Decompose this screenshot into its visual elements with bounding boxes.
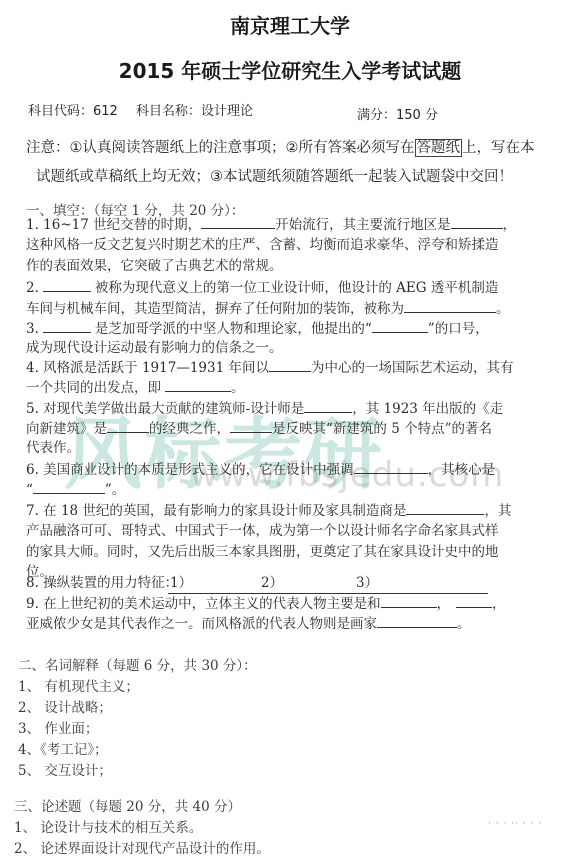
text: 向新建筑》是 — [26, 421, 107, 437]
text: 是芝加哥学派的中坚人物和理论家，他提出的“ — [95, 321, 372, 337]
answer-blank — [107, 418, 149, 433]
question-6-line-1: 6. 美国商业设计的本质是形式主义的，它在设计中强调，其核心是 — [26, 459, 495, 481]
text: ”的口号， — [428, 321, 489, 337]
answer-blank — [451, 214, 503, 229]
question-2-line-2: 车间与机械车间，其造型简洁，摒弃了任何附加的装饰，被称为。 — [26, 298, 510, 320]
text: 2. — [26, 280, 39, 296]
answer-blank — [269, 357, 311, 372]
term-item: 2、 设计战略； — [18, 696, 112, 716]
subject-name: 科目名称：设计理论 — [136, 100, 253, 119]
q8-part-1: 1） — [170, 573, 192, 594]
text: 5. 对现代美学做出最大贡献的建筑师-设计师是 — [26, 401, 304, 417]
question-1-line-2: 这种风格一反文艺复兴时期艺术的庄严、含蓄、均衡而追求豪华、浮夸和矫揉造 — [26, 235, 499, 256]
answer-blank — [354, 459, 428, 474]
text: 的经典之作， — [149, 421, 230, 437]
text: ， — [503, 217, 517, 233]
answer-sheet-boxed: 答题纸 — [415, 139, 463, 157]
term-item: 4、《考工记》； — [18, 738, 108, 758]
full-score: 满分：150 分 — [357, 104, 438, 123]
text: 7. 在 18 世纪的英国，最有影响力的家具设计师及家具制造商是 — [26, 503, 406, 519]
answer-blank — [201, 214, 275, 229]
section-2-heading: 二、名词解释（每题 6 分，共 30 分）： — [18, 654, 257, 674]
text: 1. 16~17 世纪交替的时期， — [26, 217, 201, 233]
notice-text: 上，写在本 — [462, 140, 535, 156]
text: ， — [437, 596, 451, 612]
exam-page: 南京理工大学 2015 年硕士学位研究生入学考试试题 科目代码：612 科目名称… — [0, 0, 580, 861]
question-3-line-1: 3.是芝加哥学派的中坚人物和理论家，他提出的“”的口号， — [26, 318, 489, 340]
answer-blank — [43, 318, 91, 333]
question-7-line-2: 产品融洛可可、哥特式、中国式于一体，成为第一个以设计师名字命名家具式样 — [26, 521, 499, 542]
text: 9. 在上世纪初的美术运动中，立体主义的代表人物主要是和 — [26, 596, 381, 612]
notice-line-2: 试题纸或草稿纸上均无效；③本试题纸须随答题纸一起装入试题袋中交回！ — [36, 165, 513, 186]
question-5-line-3: 代表作。 — [26, 438, 80, 459]
text: 。 — [231, 380, 245, 396]
notice-text: 注意：①认真阅读答题纸上的注意事项；②所有答案必须写在 — [26, 140, 415, 156]
question-7-line-1: 7. 在 18 世纪的英国，最有影响力的家具设计师及家具制造商是，其 — [26, 500, 511, 522]
question-9-line-1: 9. 在上世纪初的美术运动中，立体主义的代表人物主要是和，， — [26, 593, 506, 615]
text: ，其 1923 年出版的《走 — [352, 401, 503, 417]
text: 是反映其“新建筑的 5 个特点”的著名 — [272, 421, 492, 437]
text: ，其核心是 — [428, 462, 496, 478]
term-item: 5、 交互设计； — [18, 759, 112, 779]
question-1-line-1: 1. 16~17 世纪交替的时期，开始流行，其主要流行地区是， — [26, 214, 516, 236]
text: 6. 美国商业设计的本质是形式主义的，它在设计中强调 — [26, 462, 354, 478]
q8-part-2: 2） — [261, 573, 283, 594]
question-9-line-2: 亚威侬少女是其代表作之一。而风格派的代表人物则是画家。 — [26, 613, 471, 635]
text: 被称为现代意义上的第一位工业设计师，他设计的 AEG 透平机制造 — [95, 280, 498, 296]
answer-blank — [456, 593, 492, 608]
text: ，其 — [484, 503, 511, 519]
question-5-line-2: 向新建筑》是的经典之作，是反映其“新建筑的 5 个特点”的著名 — [26, 418, 492, 440]
answer-blank — [165, 377, 231, 392]
essay-item: 1、 论设计与技术的相互关系。 — [14, 816, 202, 836]
question-8: 8. 操纵装置的用力特征： — [26, 573, 178, 594]
question-5-line-1: 5. 对现代美学做出最大贡献的建筑师-设计师是，其 1923 年出版的《走 — [26, 398, 503, 420]
text: “ — [26, 482, 33, 498]
text: ”。 — [105, 482, 125, 498]
university-name: 南京理工大学 — [0, 10, 580, 39]
question-4-line-2: 一个共同的出发点，即。 — [26, 377, 245, 399]
scan-speck: · · · ·· · · · — [488, 819, 542, 829]
answer-blank — [406, 500, 484, 515]
answer-blank — [377, 613, 457, 628]
term-item: 1、 有机现代主义； — [18, 675, 139, 695]
text: 。 — [457, 616, 471, 632]
section-3-heading: 三、论述题（每题 20 分，共 40 分） — [14, 795, 241, 815]
question-4-line-1: 4. 风格派是活跃于 1917—1931 年间以为中心的一场国际艺术运动，其有 — [26, 357, 513, 379]
answer-blank — [43, 277, 91, 292]
answer-blank — [381, 593, 437, 608]
text: 3. — [26, 321, 39, 337]
text: 开始流行，其主要流行地区是 — [275, 217, 451, 233]
q8-part-3: 3） — [356, 573, 378, 594]
text: 亚威侬少女是其代表作之一。而风格派的代表人物则是画家 — [26, 616, 377, 632]
text: 为中心的一场国际艺术运动，其有 — [311, 360, 514, 376]
text: ， — [492, 596, 506, 612]
question-1-line-3: 作的表面效果，它突破了古典艺术的常规。 — [26, 256, 283, 277]
text: 一个共同的出发点，即 — [26, 380, 161, 396]
subject-code: 科目代码：612 — [28, 100, 118, 119]
term-item: 3、 作业面； — [18, 717, 98, 737]
exam-title: 2015 年硕士学位研究生入学考试试题 — [0, 55, 580, 84]
text: 。 — [496, 301, 510, 317]
question-3-line-2: 成为现代设计运动最有影响力的信条之一。 — [26, 338, 283, 359]
notice-line-1: 注意：①认真阅读答题纸上的注意事项；②所有答案必须写在答题纸上，写在本 — [26, 136, 535, 157]
answer-blank — [33, 479, 105, 494]
answer-blank — [230, 418, 272, 433]
text: 车间与机械车间，其造型简洁，摒弃了任何附加的装饰，被称为 — [26, 301, 404, 317]
text: 8. 操纵装置的用力特征： — [26, 575, 178, 591]
question-6-line-2: “”。 — [26, 479, 125, 501]
question-7-line-3: 的家具大师。同时，又先后出版三本家具图册，更奠定了其在家具设计史中的地 — [26, 542, 499, 563]
answer-blank — [404, 298, 496, 313]
answer-blank — [372, 318, 428, 333]
text: 4. 风格派是活跃于 1917—1931 年间以 — [26, 360, 269, 376]
answer-blank — [304, 398, 352, 413]
essay-item: 2、 论述界面设计对现代产品设计的作用。 — [14, 837, 270, 857]
question-2-line-1: 2.被称为现代意义上的第一位工业设计师，他设计的 AEG 透平机制造 — [26, 277, 498, 299]
